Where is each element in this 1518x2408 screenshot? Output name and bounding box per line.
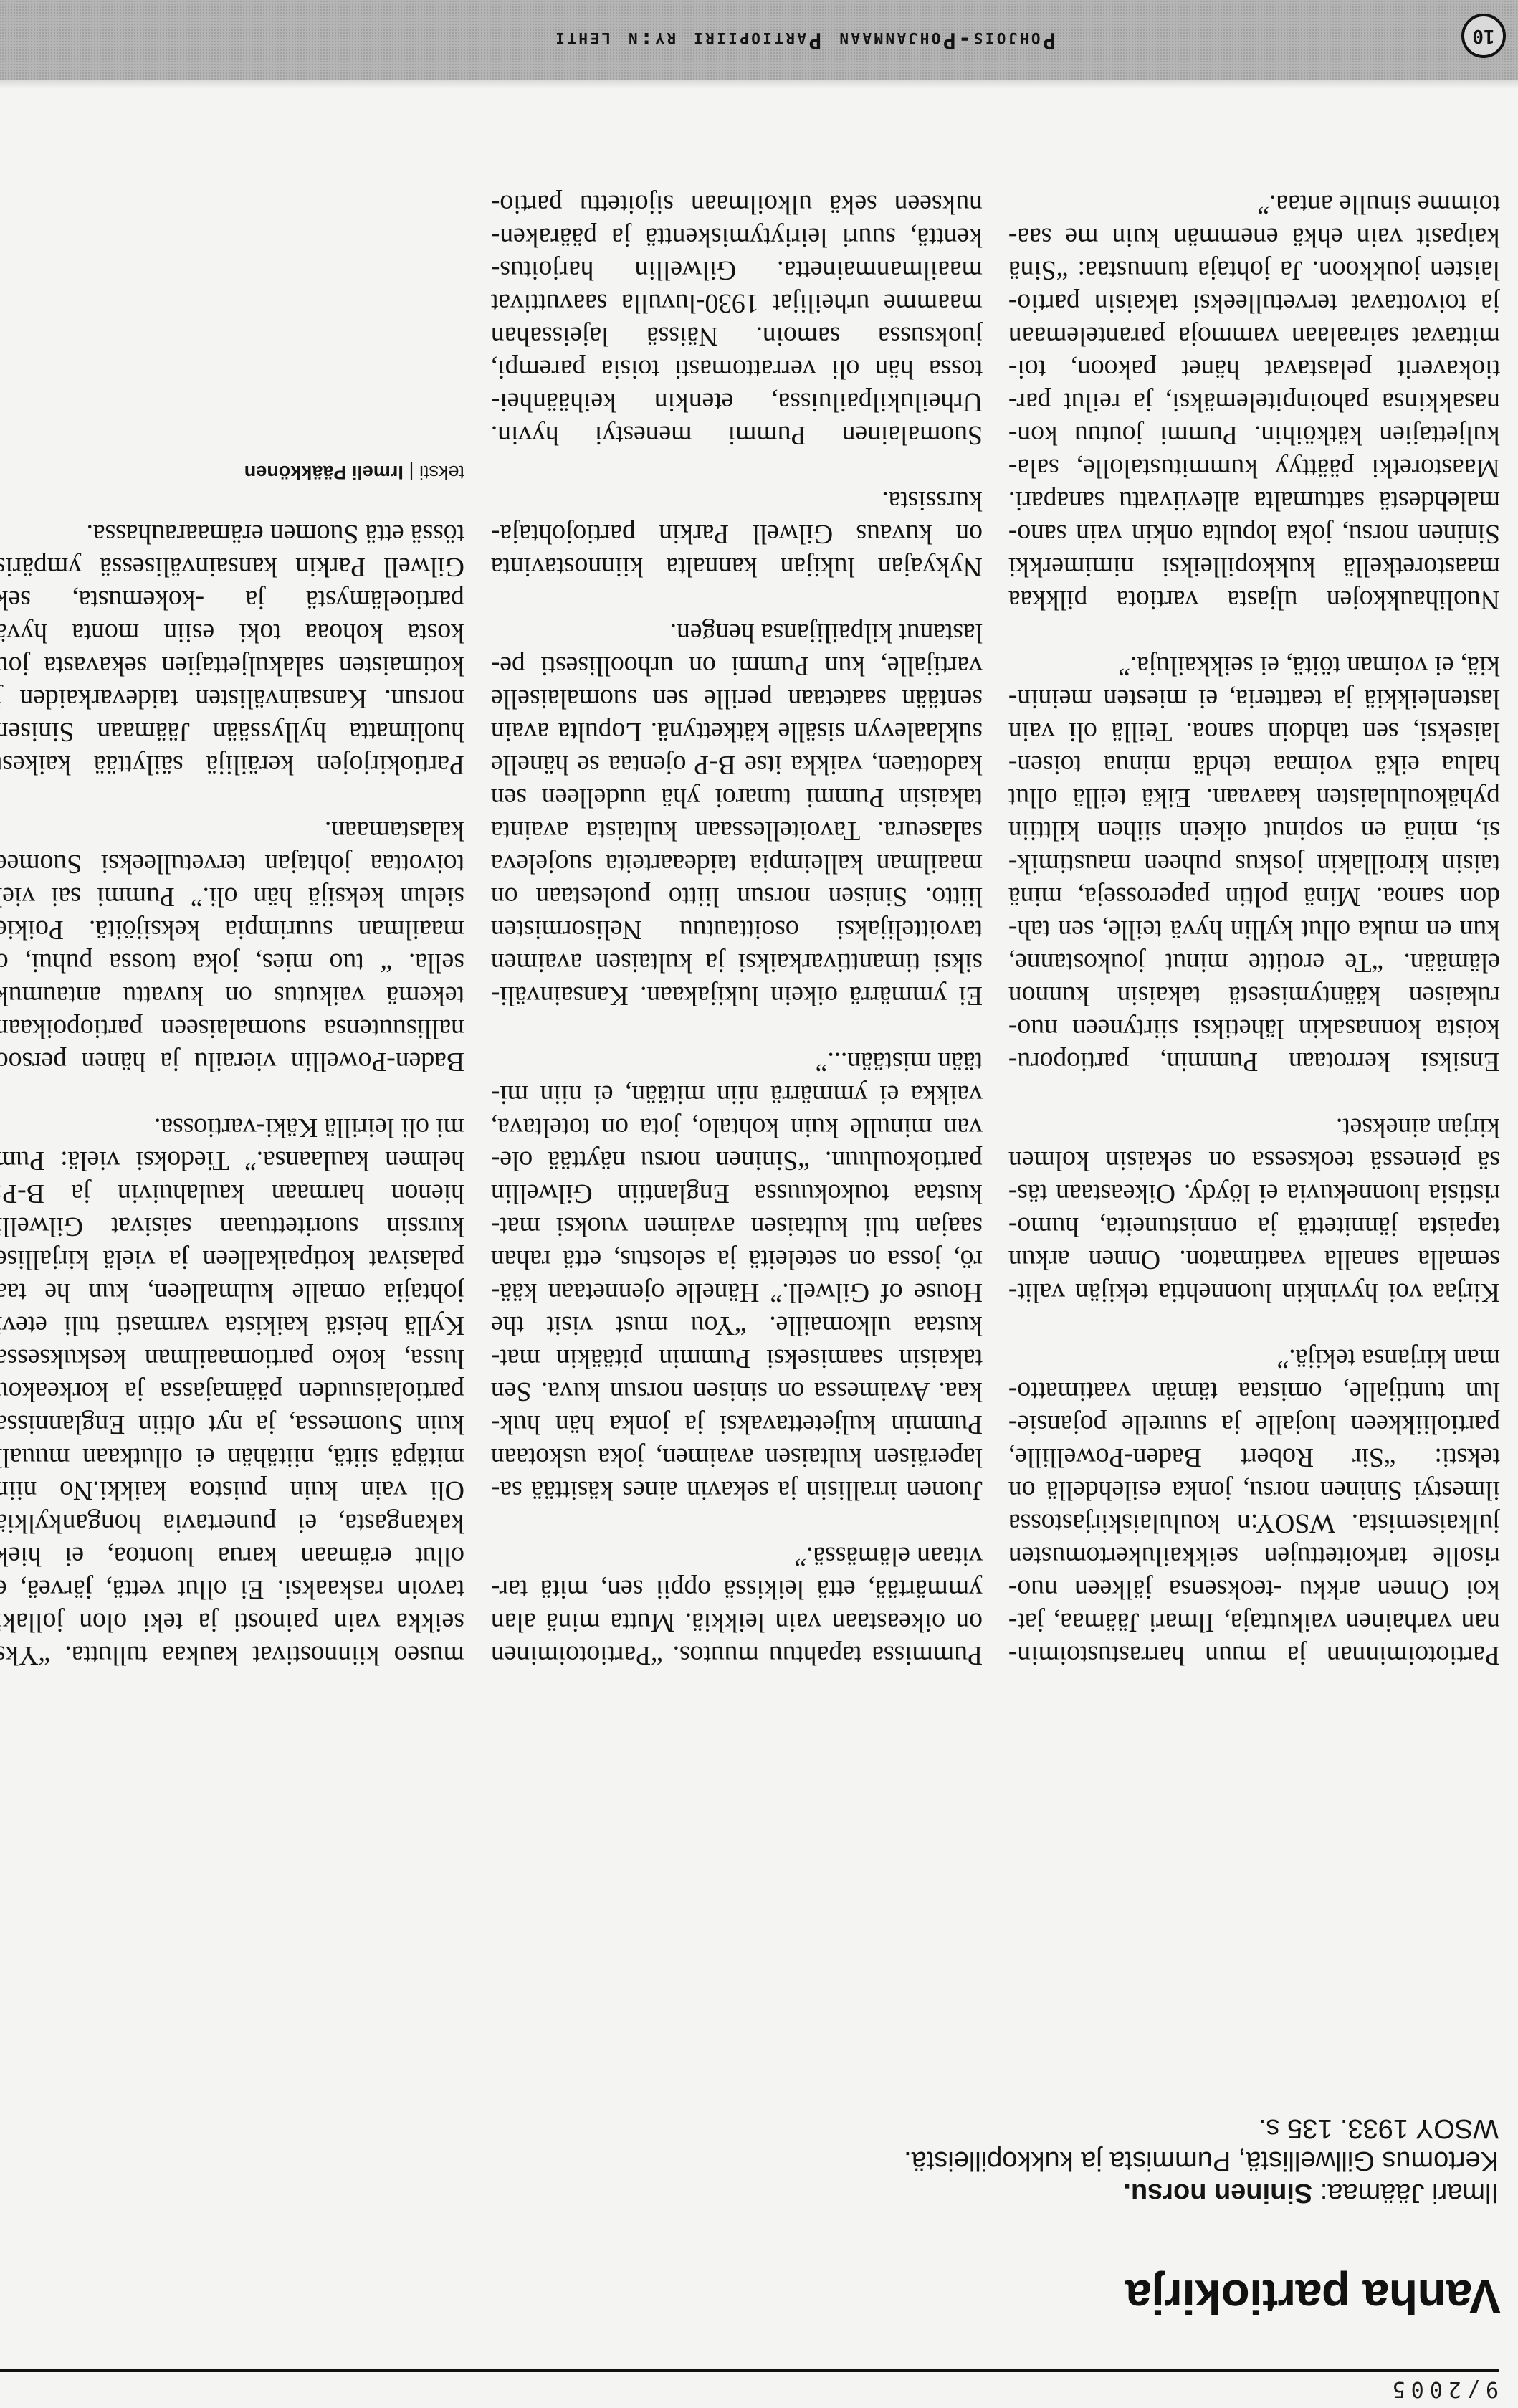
text-line: ilmestyi Sininen norsu, jonka esilehdell… [1008,1474,1500,1507]
text-line: koista konnasakin lähetiksi siirtyneen n… [1008,1012,1500,1045]
text-line: semalla sanalla vaatimaton. Onnen arkun [1008,1243,1500,1276]
byline-separator: | [409,462,414,483]
text-line: si, minä en sopinut oikein siihen kiltti… [1008,814,1500,847]
text-line: man kirjansa tekijä.” [1008,1342,1500,1375]
text-line: kaa. Avaimessa on sinisen norsun kuva. S… [491,1375,983,1408]
text-line: Nuolihaukkojen uljasta vartiota pilkkaa [1008,584,1500,617]
text-line: nukseen sekä ulkoilmaan sijoitettu parti… [491,188,983,221]
text-line: tiokaverit pelastavat hänet pakoon, toi- [1008,353,1500,386]
text-line: takaisin Pummi tunaroi yhä uudelleen sen [491,781,983,814]
text-line: seikka vain painosti ja teki olon jollak… [0,1606,464,1639]
text-line: kurssin suoritettuaan saisivat Gilwelli [0,1210,464,1243]
text-line: partioliikkeen luojalle ja suurelle poja… [1008,1408,1500,1441]
text-line: tapaista jännitettä ja onnistuneita, hum… [1008,1210,1500,1243]
text-line: vitaan elämässä.” [491,1540,983,1573]
text-line: sella. “ tuo mies, joka tuossa puhui, o [0,946,464,979]
text-line: kotimaisten salakuljettajien sekavasta j… [0,649,464,682]
text-line: nan varhainen vaikuttaja, Ilmari Jäämaa,… [1008,1606,1500,1639]
paragraph: Ei ymmärrä oikein lukijakaan. Kansainväl… [491,617,983,1012]
text-line: julkaisemista. WSOY:n koululaiskirjastos… [1008,1507,1500,1540]
text-line: laperäisen kultaisen avaimen, joka uskot… [491,1441,983,1474]
text-line: toivottaa johtajan tervetulleeksi Suomee [0,847,464,880]
text-line: saajan tuli kultaisen avaimen vuoksi mat… [491,1210,983,1243]
text-line: maailmanmainetta. Gilwellin harjoitus- [491,254,983,287]
book-title: Sininen norsu. [1123,2178,1312,2208]
paragraph: Partiokirjojen keräilijä säilyttää kaike… [0,518,464,781]
text-line: teksti: “Sir Robert Baden-Powellille, [1008,1441,1500,1474]
text-line: mittavat sairaalaan vammoja parantelemaa… [1008,320,1500,353]
text-line: toimme sinulle antaa.” [1008,188,1500,221]
text-line: Juonen irrallisin ja sekavin aines käsit… [491,1474,983,1507]
text-line: on kuvaus Gilwell Parkin partiojohtaja- [491,518,983,551]
magazine-page: 9/2005 Vanha partiokirja Ilmari Jäämaa: … [0,0,1518,2408]
text-line: nallisuutensa suomalaiseen partiopoikaan [0,1012,464,1045]
text-line: Partiokirjojen keräilijä säilyttää kaike… [0,748,464,781]
text-line: kustaa ulkomaille. “You must visit the [491,1309,983,1342]
text-line: Oli vain kuin puistoa kaikki.No niin [0,1474,464,1507]
article-column-2: Pummissa tapahtuu muutos. “Partiotoimine… [491,155,983,1672]
text-line: sentään saatetaan perille sen suomalaise… [491,682,983,715]
text-line: maastoretkellä kukkopilleiksi nimimerkki [1008,551,1500,584]
text-line: siksi timanttivarkaiksi ja kultaisen ava… [491,946,983,979]
text-line: Sininen norsu, joka lopulta onkin vain s… [1008,518,1500,551]
text-line: Urheilukilpailuissa, etenkin keihäänhei- [491,386,983,419]
text-line: taisin kiroillakin joskus puheen maustim… [1008,847,1500,880]
text-line: kuin Suomessa, ja nyt oltiin Englannissa [0,1408,464,1441]
article-column-1: Partiotoiminnan ja muun harrastustoimin-… [1008,155,1500,1672]
paragraph: Pummissa tapahtuu muutos. “Partiotoimine… [491,1540,983,1672]
text-line: koi Onnen arkku -teoksensa jälkeen nuo- [1008,1573,1500,1606]
text-line: kosta kohoaa toki esiin monta hyvä [0,617,464,649]
text-line: Maastoretki päättyy kummitustalolle, sal… [1008,452,1500,485]
article-column-3: museo kiinnostivat kaukaa tullutta. “Yks… [0,485,464,1672]
footer-publication-title: Pohjois-Pohjanmaan Partiopiiri ry:n leht… [553,25,1056,54]
text-line: kaipasit vain ehkä enemmän kuin me saa- [1008,221,1500,254]
paragraph: Ensiksi kerrotaan Pummin, partioporu- ko… [1008,649,1500,1078]
text-line: vaikka ei ymmärrä niin mitään, ei niin m… [491,1078,983,1111]
text-line: laisten joukkoon. Ja johtaja tunnustaa: … [1008,254,1500,287]
text-line: tavoin raskaaksi. Ei ollut vettä, järveä… [0,1573,464,1606]
paragraph: museo kiinnostivat kaukaa tullutta. “Yks… [0,1111,464,1672]
header-rule [0,2369,1499,2372]
page-number-badge: 10 [1461,14,1506,58]
text-line: pyhäkoululaisten kaavaan. Eikä teillä ol… [1008,781,1500,814]
footer-band-fade [0,79,1518,89]
text-line: museo kiinnostivat kaukaa tullutta. “Yks [0,1639,464,1672]
text-line: palasivat kotipaikalleen ja vielä kirjal… [0,1243,464,1276]
text-line: liitto. Sinisen norsun liitto puolestaan… [491,880,983,913]
text-line: huolimatta hyllyssään Jäämaan Sinisen [0,715,464,748]
text-line: maamme urheilijat 1930-luvulla saavuttiv… [491,287,983,320]
text-line: Kirjaa voi hyvinkin luonnehtia tekijän v… [1008,1276,1500,1309]
text-line: tekemä vaikutus on kuvattu antaumuk [0,979,464,1012]
text-line: kadottaen, vaikka itse B-P ojentaa se hä… [491,748,983,781]
byline-label: teksti [419,462,464,483]
text-line: helmen kaulaansa.” Tiedoksi vielä: Pum [0,1144,464,1177]
text-line: rö, jossa on seteleitä ja selostus, että… [491,1243,983,1276]
text-line: Pummissa tapahtuu muutos. “Partiotoimine… [491,1639,983,1672]
text-line: kuljettajien kätköihin. Pummi joutuu kon… [1008,419,1500,452]
paragraph: Nykyajan lukijan kannalta kiinnostavinta… [491,485,983,584]
text-line: takaisin saamiseksi Pummin pitääkin mat- [491,1342,983,1375]
text-line: partiokouluun. “Sininen norsu näyttää ol… [491,1144,983,1177]
text-line: johtajia omalle kulmalleen, kun he taa [0,1276,464,1309]
text-line: lastenleikkiä ja teatteria, ei miesten m… [1008,682,1500,715]
text-line: Pummin kuljetettavaksi ja jonka hän huk- [491,1408,983,1441]
text-line: rukaisen kääntymisestä takaisin kunnon [1008,979,1500,1012]
text-line: lussa, koko partiomaailman keskuksessa [0,1342,464,1375]
text-line: juoksussa samoin. Näissä lajeissahan [491,320,983,353]
text-line: laiseksi, sen tahdoin sanoa. Teillä oli … [1008,715,1500,748]
text-line: kurssista. [491,485,983,518]
text-line: maailman suurimpia keksijöitä. Poikie [0,913,464,946]
text-line: partiolaisuuden päämajassa ja korkeakou [0,1375,464,1408]
paragraph: Juonen irrallisin ja sekavin aines käsit… [491,1045,983,1507]
text-line: maailman kalleimpia taideaarteita suojel… [491,847,983,880]
text-line: Nykyajan lukijan kannalta kiinnostavinta [491,551,983,584]
text-line: nasakkinsa pahoinpitelemäksi, ja reilut … [1008,386,1500,419]
text-line: suklaalevyn sisälle kätkettynä. Lopulta … [491,715,983,748]
text-line: mi oli leirillä Käki-vartiossa. [0,1111,464,1144]
text-line: ja toivottavat tervetulleeksi takaisin p… [1008,287,1500,320]
text-line: House of Gilwell.” Hänelle ojennetaan kä… [491,1276,983,1309]
text-line: Baden-Powellin vierailu ja hänen persoo [0,1045,464,1078]
book-info: Ilmari Jäämaa: Sininen norsu. Kertomus G… [904,2112,1499,2209]
text-line: sä pienessä teoksessa on sekaisin kolmen [1008,1144,1500,1177]
text-line: tään mistään...” [491,1045,983,1078]
paragraph: Nuolihaukkojen uljasta vartiota pilkkaa … [1008,188,1500,617]
issue-label: 9/2005 [1387,2376,1499,2401]
text-line: norsun. Kansainvälisten taidevarkaiden j [0,682,464,715]
text-line: kenttä, suuri leiriytymiskenttä ja päära… [491,221,983,254]
text-line: sielun keksijä hän oli.” Pummi sai viel [0,880,464,913]
paragraph: Kirjaa voi hyvinkin luonnehtia tekijän v… [1008,1111,1500,1309]
text-line: salaseura. Tavoitellessaan kultaista ava… [491,814,983,847]
paragraph: Partiotoiminnan ja muun harrastustoimin-… [1008,1342,1500,1672]
text-line: kirjan ainekset. [1008,1111,1500,1144]
text-line: Ei ymmärrä oikein lukijakaan. Kansainväl… [491,979,983,1012]
text-line: Partiotoiminnan ja muun harrastustoimin- [1008,1639,1500,1672]
text-line: kun en muka ollut kyllin hyvä teille, se… [1008,913,1500,946]
text-line: malehdestä sattumalta alleviivattu sanap… [1008,485,1500,518]
text-line: risolle tarkoitettujen seikkailukertomus… [1008,1540,1500,1573]
book-title-line: Ilmari Jäämaa: Sininen norsu. [904,2176,1499,2209]
byline-author: Irmeli Pääkkönen [244,462,404,483]
page-number: 10 [1472,25,1494,47]
text-line: ymmärtää, että leikissä oppii sen, mitä … [491,1573,983,1606]
text-line: van minulle kuin kohtalo, jota on totelt… [491,1111,983,1144]
text-line: on oikeastaan vain leikkiä. Mutta minä a… [491,1606,983,1639]
text-line: don sanoa. Minä poltin paperosseja, minä [1008,880,1500,913]
article-title: Vanha partiokirja [1126,2268,1501,2326]
text-line: kustaa toukokuussa Englantiin Gilwellin [491,1177,983,1210]
text-line: lun tuntijalle, omistaa tämän vaatimatto… [1008,1375,1500,1408]
text-line: tössä että Suomen erämaarauhassa. [0,518,464,551]
text-line: kiä, ei voiman töitä, ei seikkailuja.” [1008,649,1500,682]
text-line: elämään. “Te erotitte minut joukostanne, [1008,946,1500,979]
text-line: tossa hän oli verrattomasti toisia parem… [491,353,983,386]
text-line: Ensiksi kerrotaan Pummin, partioporu- [1008,1045,1500,1078]
text-line: kalastamaan. [0,814,464,847]
byline: teksti | Irmeli Pääkkönen [244,458,464,487]
book-publisher: WSOY 1933. 135 s. [904,2112,1499,2144]
text-line: ristisia luonnekuvia ei löydy. Oikeastaa… [1008,1177,1500,1210]
text-line: mitäpä siitä, niitähän ei ollutkaan muua… [0,1441,464,1474]
paragraph: Suomalainen Pummi menestyi hyvin. Urheil… [491,188,983,452]
text-line: hienon harmaan kaulahuivin ja B-P: [0,1177,464,1210]
text-line: ollut erämaan karua luontoa, ei hiek [0,1540,464,1573]
text-line: Kyllä heistä kaikista varmasti tuli etev… [0,1309,464,1342]
text-line: partioelämystä ja -kokemusta, sek [0,584,464,617]
text-line: lastanut kilpailijansa hengen. [491,617,983,649]
book-author: Ilmari Jäämaa: [1320,2178,1499,2208]
paragraph: Baden-Powellin vierailu ja hänen persoo … [0,814,464,1078]
text-line: Suomalainen Pummi menestyi hyvin. [491,419,983,452]
text-line: tavoittelijaksi osoittautuu Nelisormiste… [491,913,983,946]
text-line: halua eikä voimaa tehdä minua toisen- [1008,748,1500,781]
text-line: Gilwell Parkin kansainvälisessä ympäris [0,551,464,584]
book-subtitle: Kertomus Gillwellistä, Pummista ja kukko… [904,2144,1499,2176]
text-line: vartijalle, kun Pummi on urhoollisesti p… [491,649,983,682]
text-line: kakangasta, ei punertavia hongankylkiä [0,1507,464,1540]
